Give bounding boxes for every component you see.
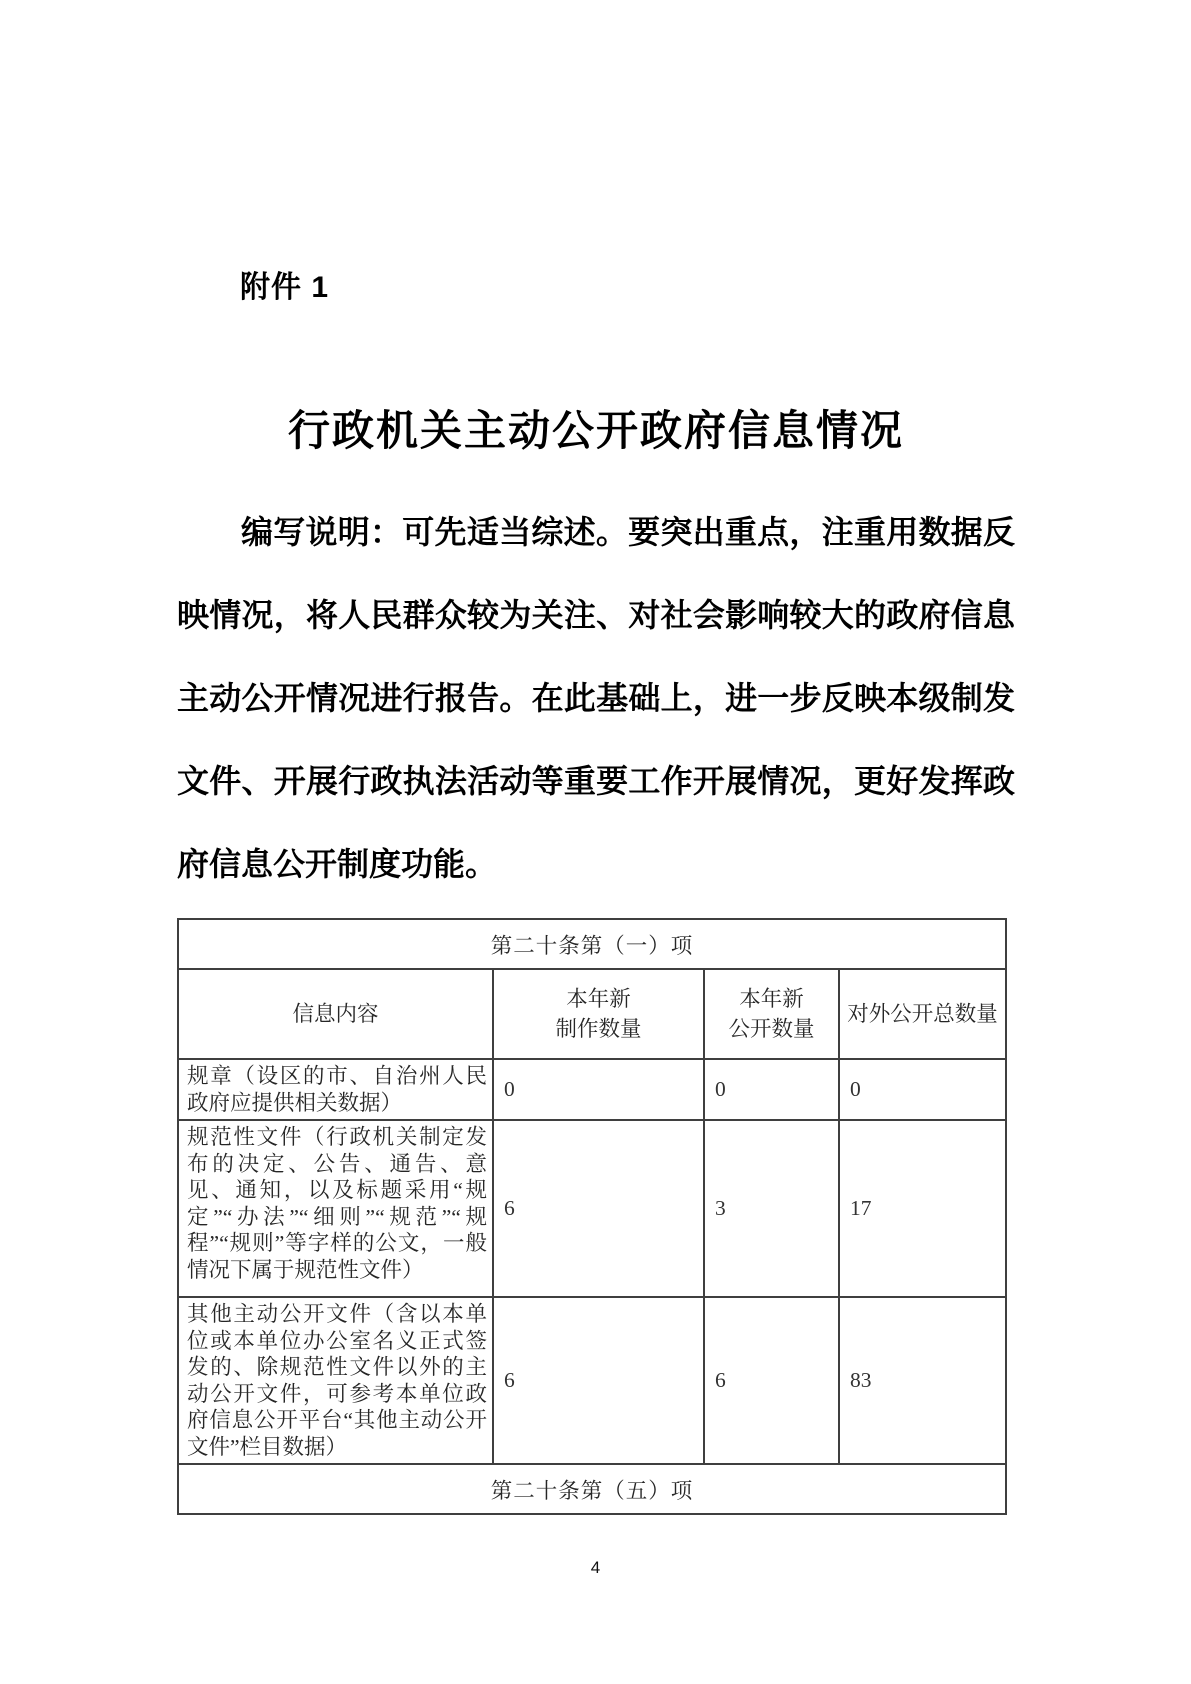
column-header-made: 本年新 制作数量	[493, 969, 704, 1059]
disclosure-table: 第二十条第（一）项 信息内容 本年新 制作数量 本年新 公开数量 对外公开总数量…	[177, 918, 1007, 1515]
row-content-cell: 其他主动公开文件（含以本单位或本单位办公室名义正式签发的、除规范性文件以外的主动…	[178, 1297, 493, 1464]
table-row: 规范性文件（行政机关制定发布的决定、公告、通告、意见、通知，以及标题采用“规定”…	[178, 1120, 1006, 1297]
table-section-title: 第二十条第（一）项	[178, 919, 1006, 969]
table-section-row-bottom: 第二十条第（五）项	[178, 1464, 1006, 1514]
row-made-cell: 0	[493, 1059, 704, 1120]
column-header-content: 信息内容	[178, 969, 493, 1059]
row-made-cell: 6	[493, 1297, 704, 1464]
document-title: 行政机关主动公开政府信息情况	[177, 398, 1015, 458]
table-section-row-top: 第二十条第（一）项	[178, 919, 1006, 969]
paragraph-line: 文件、开展行政执法活动等重要工作开展情况，更好发挥政	[177, 740, 1015, 823]
row-published-cell: 0	[704, 1059, 839, 1120]
document-page: 附件 1 行政机关主动公开政府信息情况 编写说明：可先适当综述。要突出重点，注重…	[0, 0, 1191, 1684]
column-header-total: 对外公开总数量	[839, 969, 1006, 1059]
row-total-cell: 0	[839, 1059, 1006, 1120]
paragraph-line: 主动公开情况进行报告。在此基础上，进一步反映本级制发	[177, 657, 1015, 740]
table-row: 规章（设区的市、自治州人民政府应提供相关数据） 0 0 0	[178, 1059, 1006, 1120]
paragraph-line: 府信息公开制度功能。	[177, 823, 1015, 906]
table-row: 其他主动公开文件（含以本单位或本单位办公室名义正式签发的、除规范性文件以外的主动…	[178, 1297, 1006, 1464]
row-total-cell: 83	[839, 1297, 1006, 1464]
row-published-cell: 3	[704, 1120, 839, 1297]
row-content-cell: 规章（设区的市、自治州人民政府应提供相关数据）	[178, 1059, 493, 1120]
row-published-cell: 6	[704, 1297, 839, 1464]
table-header-row: 信息内容 本年新 制作数量 本年新 公开数量 对外公开总数量	[178, 969, 1006, 1059]
intro-paragraph: 编写说明：可先适当综述。要突出重点，注重用数据反 映情况，将人民群众较为关注、对…	[177, 491, 1015, 906]
column-header-published: 本年新 公开数量	[704, 969, 839, 1059]
row-total-cell: 17	[839, 1120, 1006, 1297]
page-number: 4	[0, 1558, 1191, 1578]
row-made-cell: 6	[493, 1120, 704, 1297]
paragraph-line: 映情况，将人民群众较为关注、对社会影响较大的政府信息	[177, 574, 1015, 657]
attachment-label: 附件 1	[240, 262, 329, 306]
table-section-title: 第二十条第（五）项	[178, 1464, 1006, 1514]
paragraph-line: 编写说明：可先适当综述。要突出重点，注重用数据反	[177, 491, 1015, 574]
row-content-cell: 规范性文件（行政机关制定发布的决定、公告、通告、意见、通知，以及标题采用“规定”…	[178, 1120, 493, 1297]
